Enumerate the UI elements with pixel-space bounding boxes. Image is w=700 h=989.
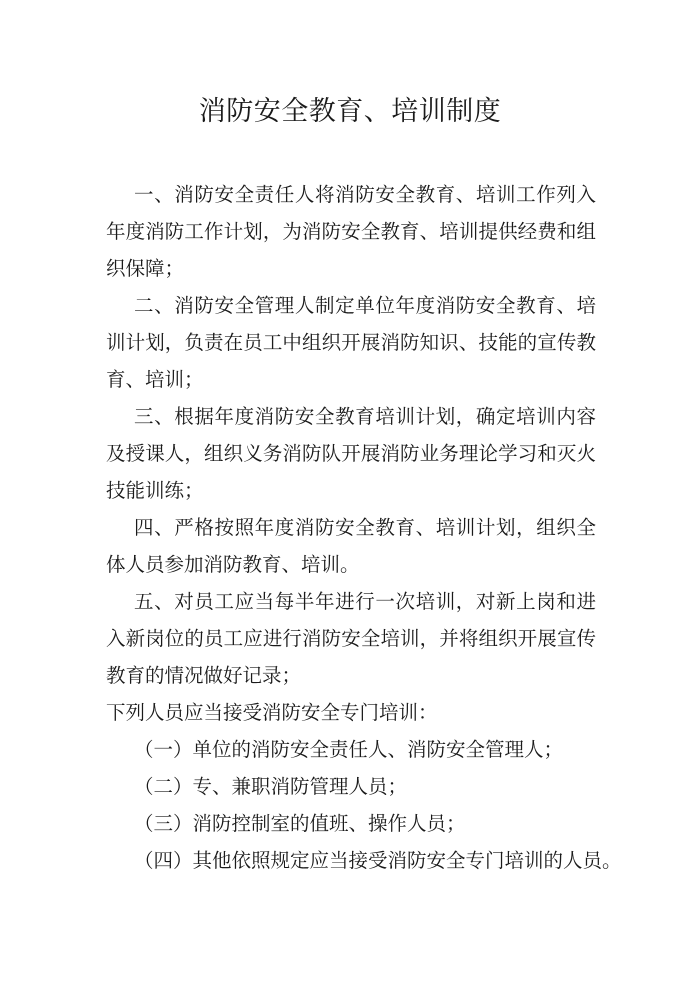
paragraph-2: 二、消防安全管理人制定单位年度消防安全教育、培训计划，负责在员工中组织开展消防知… [106, 287, 596, 398]
paragraph-5: 五、对员工应当每半年进行一次培训，对新上岗和进入新岗位的员工应进行消防安全培训，… [106, 583, 596, 694]
document-title: 消防安全教育、培训制度 [0, 94, 700, 130]
list-item-1: （一）单位的消防安全责任人、消防安全管理人； [106, 731, 596, 768]
paragraph-3: 三、根据年度消防安全教育培训计划，确定培训内容及授课人，组织义务消防队开展消防业… [106, 398, 596, 509]
paragraph-1: 一、消防安全责任人将消防安全教育、培训工作列入年度消防工作计划，为消防安全教育、… [106, 176, 596, 287]
list-item-2: （二）专、兼职消防管理人员； [106, 768, 596, 805]
paragraph-4: 四、严格按照年度消防安全教育、培训计划，组织全体人员参加消防教育、培训。 [106, 509, 596, 583]
list-item-3: （三）消防控制室的值班、操作人员； [106, 805, 596, 842]
document-body: 一、消防安全责任人将消防安全教育、培训工作列入年度消防工作计划，为消防安全教育、… [106, 176, 596, 879]
list-item-4: （四）其他依照规定应当接受消防安全专门培训的人员。 [106, 842, 596, 879]
list-intro: 下列人员应当接受消防安全专门培训： [106, 694, 596, 731]
document-page: 消防安全教育、培训制度 一、消防安全责任人将消防安全教育、培训工作列入年度消防工… [0, 0, 700, 989]
